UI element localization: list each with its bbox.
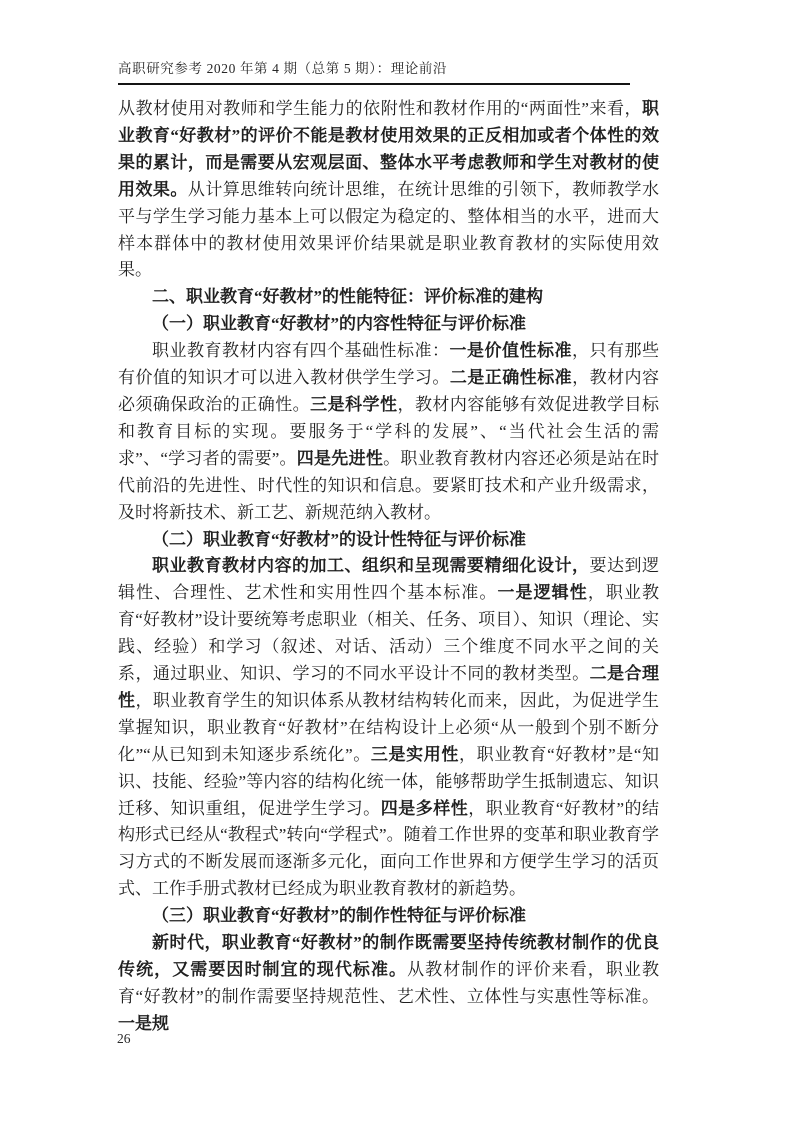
bold-run: （二）职业教育“好教材”的设计性特征与评价标准 bbox=[152, 530, 526, 549]
document-page: 高职研究参考 2020 年第 4 期（总第 5 期）：理论前沿 从教材使用对教师… bbox=[0, 0, 794, 1123]
para-design-standards: 职业教育教材内容的加工、组织和呈现需要精细化设计，要达到逻辑性、合理性、艺术性和… bbox=[118, 553, 659, 903]
para-continuation: 从教材使用对教师和学生能力的依附性和教材作用的“两面性”来看，职业教育“好教材”… bbox=[118, 96, 659, 284]
heading-subsection-two: （二）职业教育“好教材”的设计性特征与评价标准 bbox=[118, 527, 659, 554]
bold-run: 四是多样性 bbox=[381, 799, 469, 818]
header-rule bbox=[118, 83, 630, 85]
page-number: 26 bbox=[117, 1031, 131, 1047]
bold-run: 四是先进性 bbox=[297, 449, 383, 468]
text-run: 从计算思维转向统计思维，在统计思维的引领下，教师教学水平与学生学习能力基本上可以… bbox=[118, 180, 659, 280]
article-body: 从教材使用对教师和学生能力的依附性和教材作用的“两面性”来看，职业教育“好教材”… bbox=[118, 96, 659, 1038]
para-content-standards: 职业教育教材内容有四个基础性标准：一是价值性标准，只有那些有价值的知识才可以进入… bbox=[118, 338, 659, 526]
bold-run: （一）职业教育“好教材”的内容性特征与评价标准 bbox=[152, 314, 526, 333]
bold-run: 一是价值性标准 bbox=[450, 341, 573, 360]
bold-run: 一是逻辑性 bbox=[497, 583, 587, 602]
bold-run: 一是规 bbox=[118, 1014, 169, 1033]
page-header: 高职研究参考 2020 年第 4 期（总第 5 期）：理论前沿 bbox=[118, 57, 630, 85]
bold-run: 二是正确性标准 bbox=[450, 368, 572, 387]
bold-run: 三是科学性 bbox=[310, 395, 397, 414]
para-production-standards: 新时代，职业教育“好教材”的制作既需要坚持传统教材制作的优良传统，又需要因时制宜… bbox=[118, 930, 659, 1038]
journal-header-line: 高职研究参考 2020 年第 4 期（总第 5 期）：理论前沿 bbox=[118, 57, 630, 77]
heading-subsection-one: （一）职业教育“好教材”的内容性特征与评价标准 bbox=[118, 311, 659, 338]
bold-run: 职业教育教材内容的加工、组织和呈现需要精细化设计， bbox=[152, 556, 590, 575]
text-run: 从教材使用对教师和学生能力的依附性和教材作用的“两面性”来看， bbox=[118, 99, 642, 118]
bold-run: 三是实用性 bbox=[371, 745, 459, 764]
heading-subsection-three: （三）职业教育“好教材”的制作性特征与评价标准 bbox=[118, 903, 659, 930]
heading-section-two: 二、职业教育“好教材”的性能特征：评价标准的建构 bbox=[118, 284, 659, 311]
text-run: 职业教育教材内容有四个基础性标准： bbox=[152, 341, 450, 360]
bold-run: 二、职业教育“好教材”的性能特征：评价标准的建构 bbox=[152, 287, 543, 306]
bold-run: （三）职业教育“好教材”的制作性特征与评价标准 bbox=[152, 906, 526, 925]
